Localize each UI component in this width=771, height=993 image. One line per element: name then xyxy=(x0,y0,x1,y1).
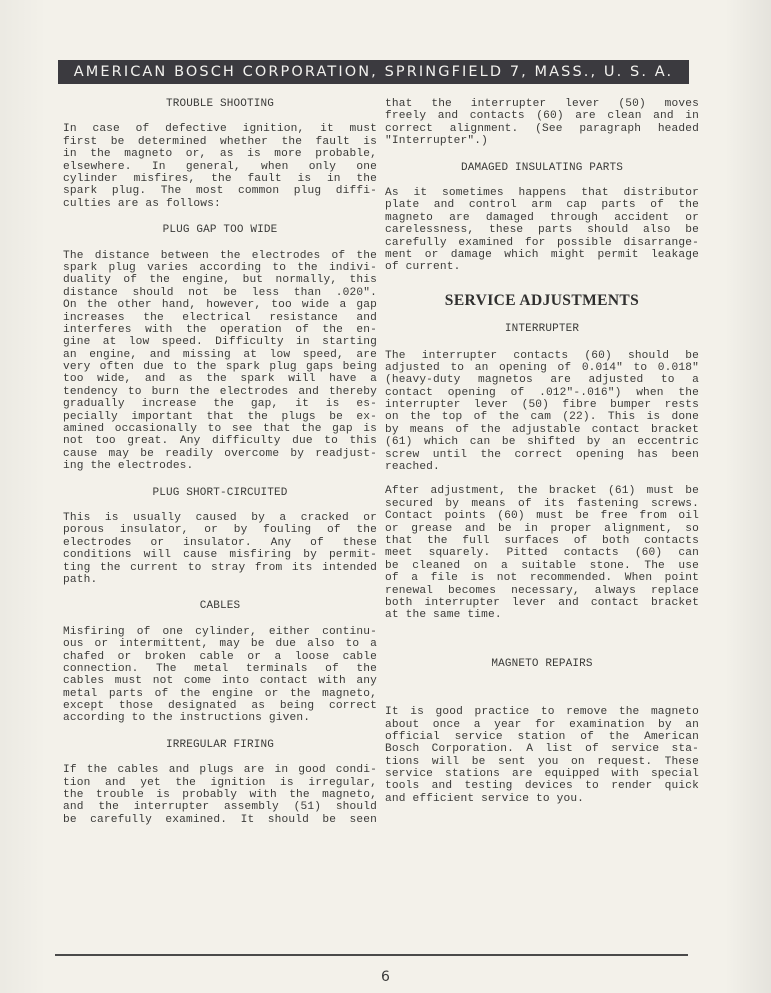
text-line: gine at low speed. Difficulty in startin… xyxy=(63,336,377,348)
text-line: cylinder misfires, the fault is in the xyxy=(63,173,377,185)
text-line: freely and contacts (60) are clean and i… xyxy=(385,110,699,122)
section-heading-plug-short-circuited: PLUG SHORT-CIRCUITED xyxy=(63,487,377,499)
left-column: TROUBLE SHOOTINGIn case of defective ign… xyxy=(63,98,377,826)
paragraph-interrupter-1: The interrupter contacts (60) should bea… xyxy=(385,350,699,474)
text-line: plate and control arm cap parts of the xyxy=(385,199,699,211)
right-column: that the interrupter lever (50) movesfre… xyxy=(385,98,699,805)
text-line: tendency to burn the electrodes and ther… xyxy=(63,386,377,398)
text-line: The distance between the electrodes of t… xyxy=(63,250,377,262)
major-heading-service-adjustments: SERVICE ADJUSTMENTS xyxy=(385,295,699,307)
text-line: at the same time. xyxy=(385,609,699,621)
text-line: too wide, and as the spark will have a xyxy=(63,373,377,385)
text-line: After adjustment, the bracket (61) must … xyxy=(385,485,699,497)
text-line: (61) which can be shifted by an eccentri… xyxy=(385,436,699,448)
footer-rule xyxy=(55,954,688,956)
paragraph-interrupter-2: After adjustment, the bracket (61) must … xyxy=(385,485,699,621)
text-line: and efficient service to you. xyxy=(385,793,699,805)
letterhead-text: AMERICAN BOSCH CORPORATION, SPRINGFIELD … xyxy=(74,64,674,80)
section-heading-magneto-repairs: MAGNETO REPAIRS xyxy=(385,658,699,670)
text-line: or grease and be in proper alignment, so xyxy=(385,523,699,535)
text-line: metal parts of the engine or the magneto… xyxy=(63,688,377,700)
text-line: (heavy-duty magnetos are adjusted to a xyxy=(385,374,699,386)
text-line: not too great. Any difficulty due to thi… xyxy=(63,435,377,447)
text-line: conditions will cause misfiring by permi… xyxy=(63,549,377,561)
text-line: be cleaned on a suitable stone. The use xyxy=(385,560,699,572)
text-line: path. xyxy=(63,574,377,586)
section-heading-irregular-firing: IRREGULAR FIRING xyxy=(63,739,377,751)
section-heading-interrupter: INTERRUPTER xyxy=(385,323,699,335)
text-line: correct alignment. (See paragraph headed xyxy=(385,123,699,135)
page-number: 6 xyxy=(0,969,771,985)
text-line: electrodes or insulator. Any of these xyxy=(63,537,377,549)
text-line: except those designated as being correct xyxy=(63,700,377,712)
text-line: tions will be sent you on request. These xyxy=(385,756,699,768)
text-line: secured by means of its fastening screws… xyxy=(385,498,699,510)
text-line: service stations are equipped with speci… xyxy=(385,768,699,780)
text-line: As it sometimes happens that distributor xyxy=(385,187,699,199)
text-line: of a file is not recommended. When point xyxy=(385,572,699,584)
text-line: Contact points (60) must be free from oi… xyxy=(385,510,699,522)
text-line: elsewhere. In general, when only one xyxy=(63,161,377,173)
text-line: If the cables and plugs are in good cond… xyxy=(63,764,377,776)
paragraph-trouble-shooting: In case of defective ignition, it mustfi… xyxy=(63,123,377,210)
paragraph-continued: that the interrupter lever (50) movesfre… xyxy=(385,98,699,148)
text-line: first be determined whether the fault is xyxy=(63,136,377,148)
text-line: tion and yet the ignition is irregular, xyxy=(63,777,377,789)
text-line: renewal becomes necessary, always replac… xyxy=(385,585,699,597)
text-line: "Interrupter".) xyxy=(385,135,699,147)
text-line: interferes with the operation of the en- xyxy=(63,324,377,336)
text-line: ing the electrodes. xyxy=(63,460,377,472)
text-line: magneto are damaged through accident or xyxy=(385,212,699,224)
text-line: porous insulator, or by fouling of the xyxy=(63,524,377,536)
text-line: distance should not be less than .020". xyxy=(63,287,377,299)
text-line: an engine, and missing at low speed, are xyxy=(63,349,377,361)
text-line: of current. xyxy=(385,261,699,273)
text-line: on the top of the cam (22). This is done xyxy=(385,411,699,423)
text-line: that the interrupter lever (50) moves xyxy=(385,98,699,110)
text-line: ous or intermittent, may be due also to … xyxy=(63,638,377,650)
text-line: in the magneto or, as is more probable, xyxy=(63,148,377,160)
text-line: Bosch Corporation. A list of service sta… xyxy=(385,743,699,755)
section-heading-cables: CABLES xyxy=(63,600,377,612)
text-line: cause may be readily overcome by readjus… xyxy=(63,448,377,460)
section-heading-damaged-insulating-parts: DAMAGED INSULATING PARTS xyxy=(385,162,699,174)
text-line: ment or damage which might permit leakag… xyxy=(385,249,699,261)
text-line: It is good practice to remove the magnet… xyxy=(385,706,699,718)
text-line: gradually increase the gap, it is es- xyxy=(63,398,377,410)
text-line: cables must not come into contact with a… xyxy=(63,675,377,687)
text-line: reached. xyxy=(385,461,699,473)
text-line: very often due to the spark plug gaps be… xyxy=(63,361,377,373)
section-heading-plug-gap-too-wide: PLUG GAP TOO WIDE xyxy=(63,224,377,236)
section-heading-trouble-shooting: TROUBLE SHOOTING xyxy=(63,98,377,110)
text-line: In case of defective ignition, it must xyxy=(63,123,377,135)
text-line: On the other hand, however, too wide a g… xyxy=(63,299,377,311)
text-line: Misfiring of one cylinder, either contin… xyxy=(63,626,377,638)
text-line: the trouble is probably with the magneto… xyxy=(63,789,377,801)
text-line: according to the instructions given. xyxy=(63,712,377,724)
text-line: both interrupter lever and contact brack… xyxy=(385,597,699,609)
paragraph-cables: Misfiring of one cylinder, either contin… xyxy=(63,626,377,725)
text-line: tools and testing devices to render quic… xyxy=(385,780,699,792)
text-line: spark plug varies according to the indiv… xyxy=(63,262,377,274)
text-line: This is usually caused by a cracked or xyxy=(63,512,377,524)
text-line: carefully examined for possible disarran… xyxy=(385,237,699,249)
letterhead-banner: AMERICAN BOSCH CORPORATION, SPRINGFIELD … xyxy=(58,60,689,84)
text-line: official service station of the American xyxy=(385,731,699,743)
text-line: adjusted to an opening of 0.014" to 0.01… xyxy=(385,362,699,374)
text-line: duality of the engine, but normally, thi… xyxy=(63,274,377,286)
text-line: pecially important that the plugs be ex- xyxy=(63,411,377,423)
text-line: and the interrupter assembly (51) should xyxy=(63,801,377,813)
text-line: The interrupter contacts (60) should be xyxy=(385,350,699,362)
text-line: screw until the correct opening has been xyxy=(385,449,699,461)
text-line: ting the current to stray from its inten… xyxy=(63,562,377,574)
text-line: contact opening of .012"-.016") when the xyxy=(385,387,699,399)
text-line: meet squarely. Pitted contacts (60) can xyxy=(385,547,699,559)
text-line: chafed or broken cable or a loose cable xyxy=(63,651,377,663)
text-line: about once a year for examination by an xyxy=(385,719,699,731)
text-line: culties are as follows: xyxy=(63,198,377,210)
text-line: connection. The metal terminals of the xyxy=(63,663,377,675)
paragraph-plug-short-circuited: This is usually caused by a cracked orpo… xyxy=(63,512,377,586)
text-line: spark plug. The most common plug diffi- xyxy=(63,185,377,197)
text-line: carelessness, these parts should also be xyxy=(385,224,699,236)
paragraph-irregular-firing: If the cables and plugs are in good cond… xyxy=(63,764,377,826)
paragraph-damaged-insulating-parts: As it sometimes happens that distributor… xyxy=(385,187,699,274)
text-line: increases the electrical resistance and xyxy=(63,312,377,324)
paragraph-magneto-repairs-1: It is good practice to remove the magnet… xyxy=(385,706,699,805)
text-line: that the full surfaces of both contacts xyxy=(385,535,699,547)
text-line: be carefully examined. It should be seen xyxy=(63,814,377,826)
text-line: amined occasionally to see that the gap … xyxy=(63,423,377,435)
paragraph-plug-gap-too-wide: The distance between the electrodes of t… xyxy=(63,250,377,473)
text-line: interrupter lever (50) fibre bumper rest… xyxy=(385,399,699,411)
text-line: by means of the adjustable contact brack… xyxy=(385,424,699,436)
